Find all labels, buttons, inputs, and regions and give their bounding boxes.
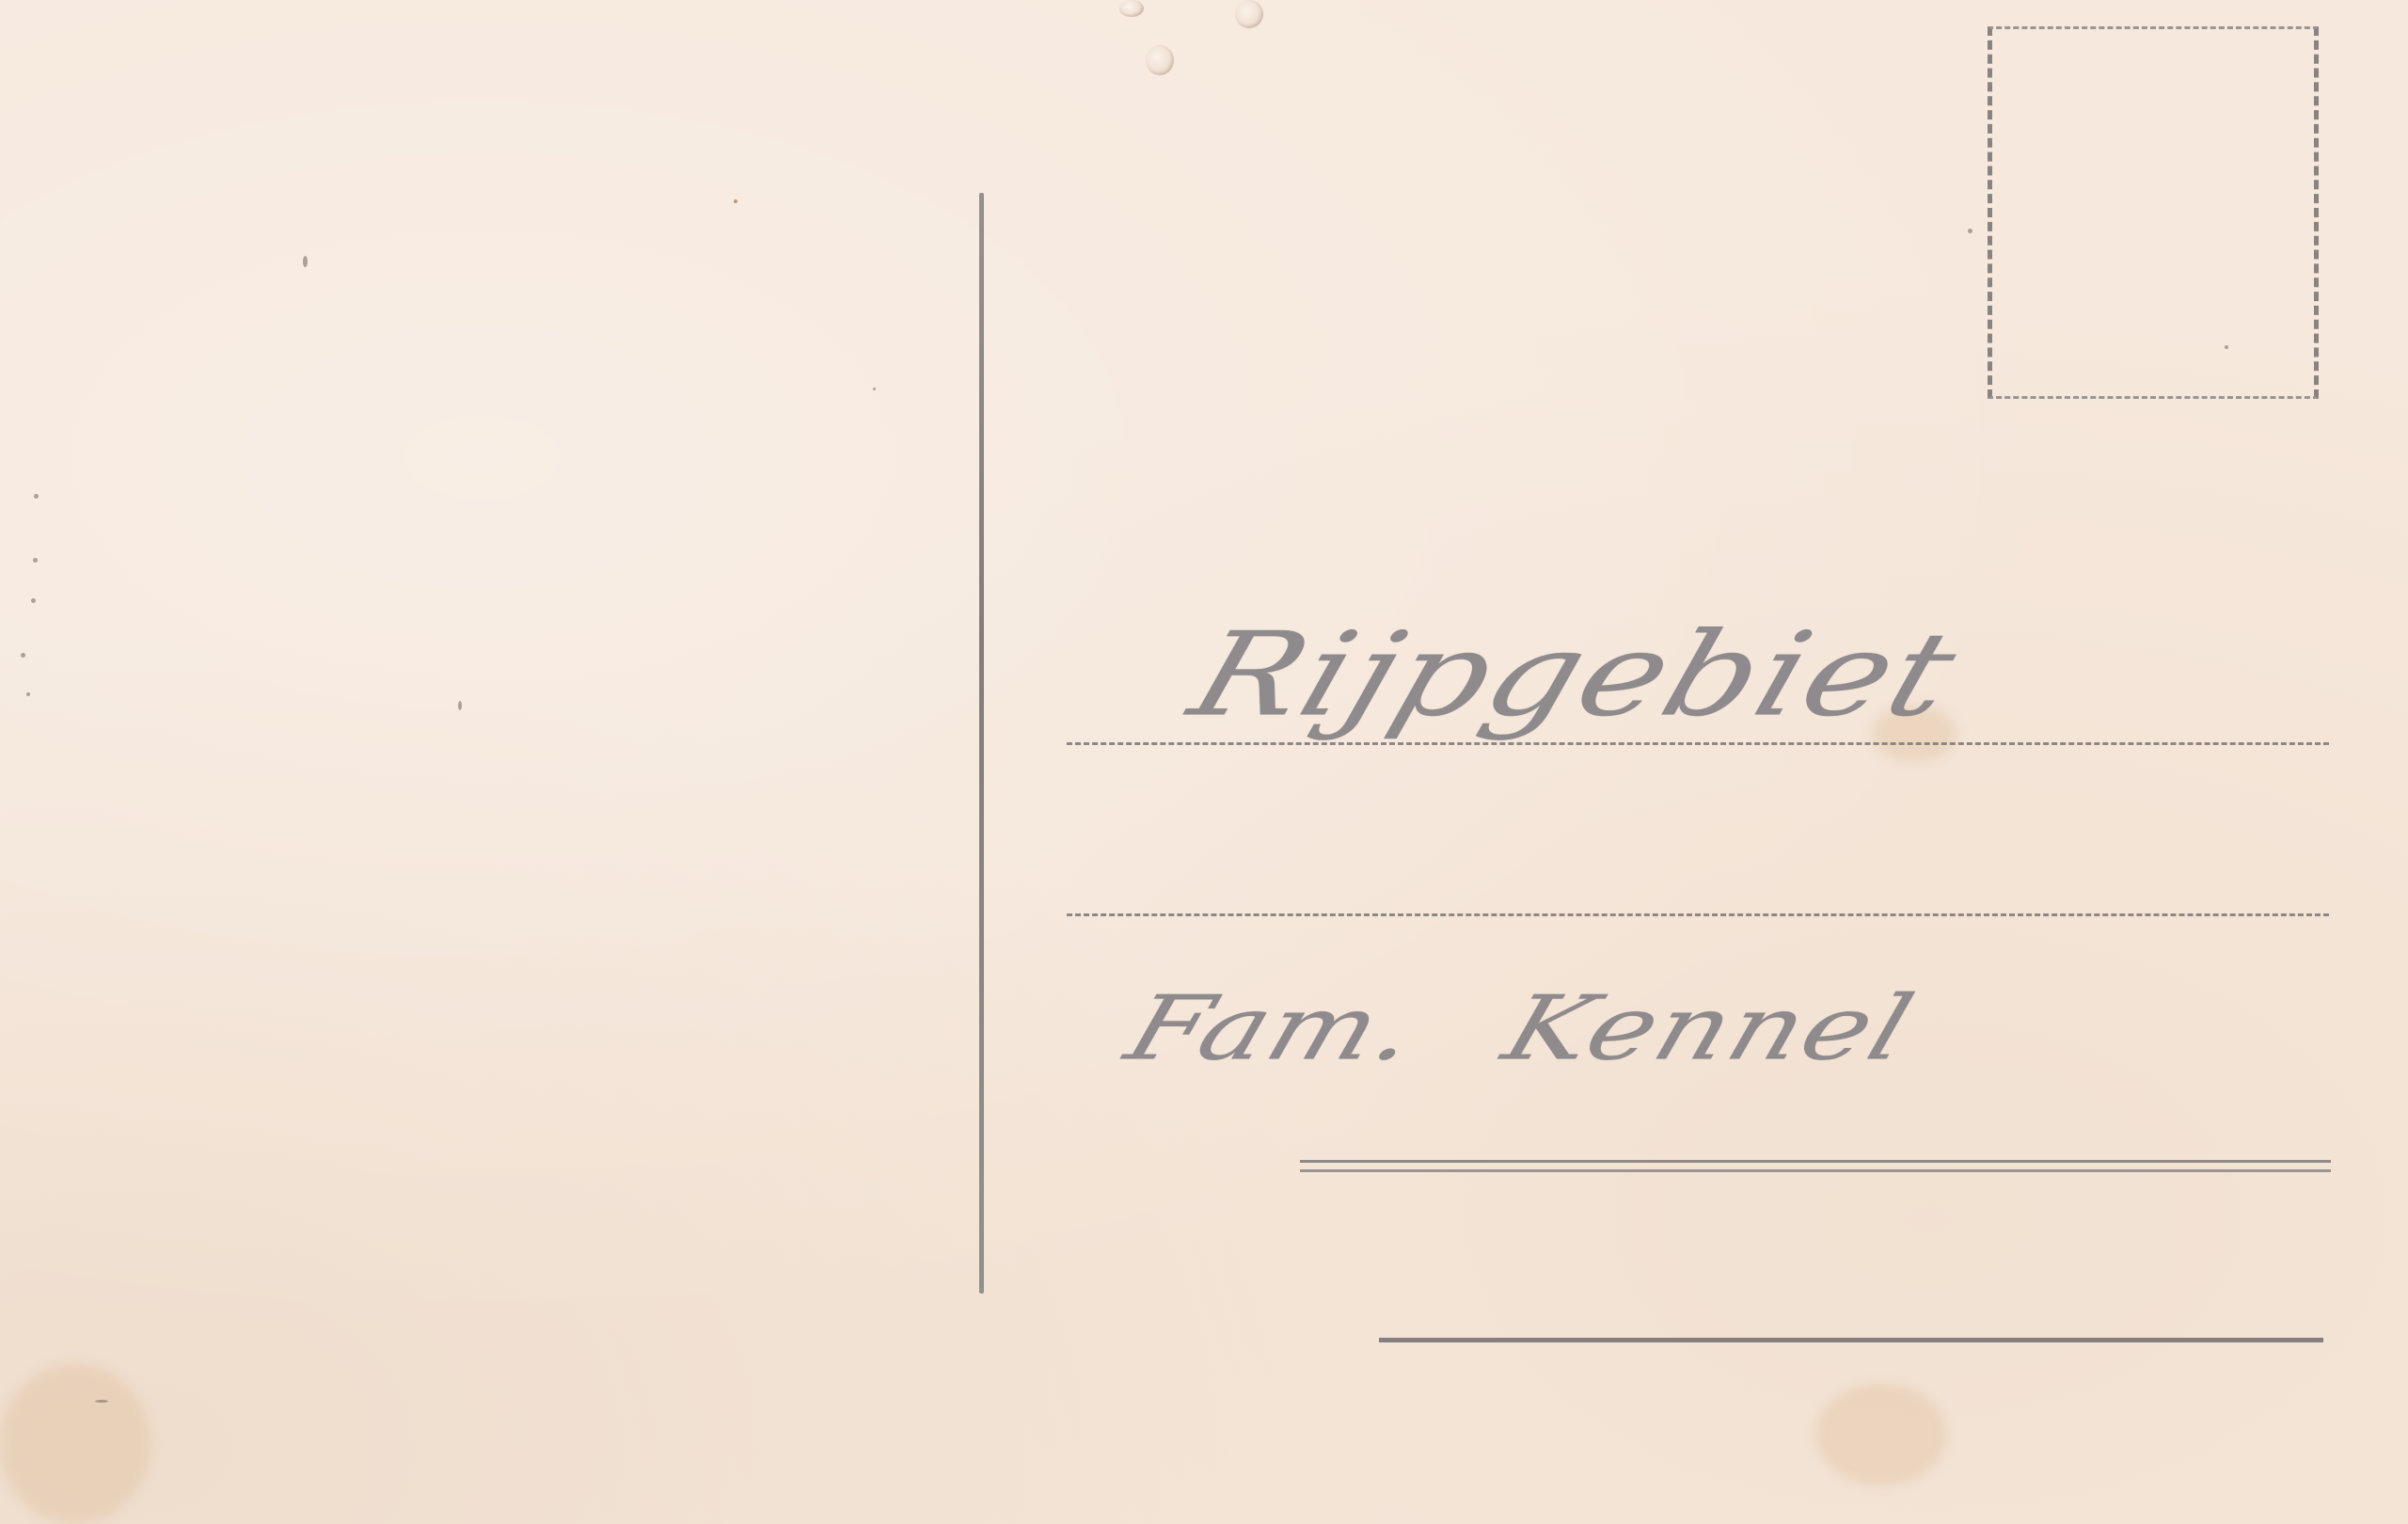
address-line-4 [1379, 1338, 2323, 1342]
paper-speck [95, 1400, 108, 1403]
message-address-divider [979, 193, 984, 1294]
handwritten-address-line-1: Rijpgebiet [1176, 608, 1973, 742]
paper-speck [873, 388, 876, 390]
paper-speck [31, 598, 36, 603]
emboss-mark [1235, 0, 1263, 28]
emboss-mark [1146, 45, 1174, 75]
paper-stain [0, 1364, 150, 1524]
handwritten-address-line-2: Fam. Kennel [1115, 976, 1926, 1080]
paper-speck [1968, 229, 1972, 233]
emboss-mark [1119, 0, 1144, 17]
paper-speck [21, 653, 25, 658]
address-line-1 [1067, 742, 2329, 745]
paper-speck [26, 692, 30, 696]
postcard-back: Rijpgebiet Fam. Kennel [0, 0, 2408, 1524]
paper-speck [734, 199, 737, 203]
stamp-box [1988, 26, 2319, 399]
paper-speck [33, 558, 38, 563]
paper-speck [303, 256, 308, 267]
paper-speck [458, 701, 462, 710]
address-line-2 [1067, 913, 2329, 916]
paper-stain [1815, 1383, 1947, 1486]
paper-speck [34, 494, 39, 499]
address-line-3 [1300, 1160, 2331, 1172]
